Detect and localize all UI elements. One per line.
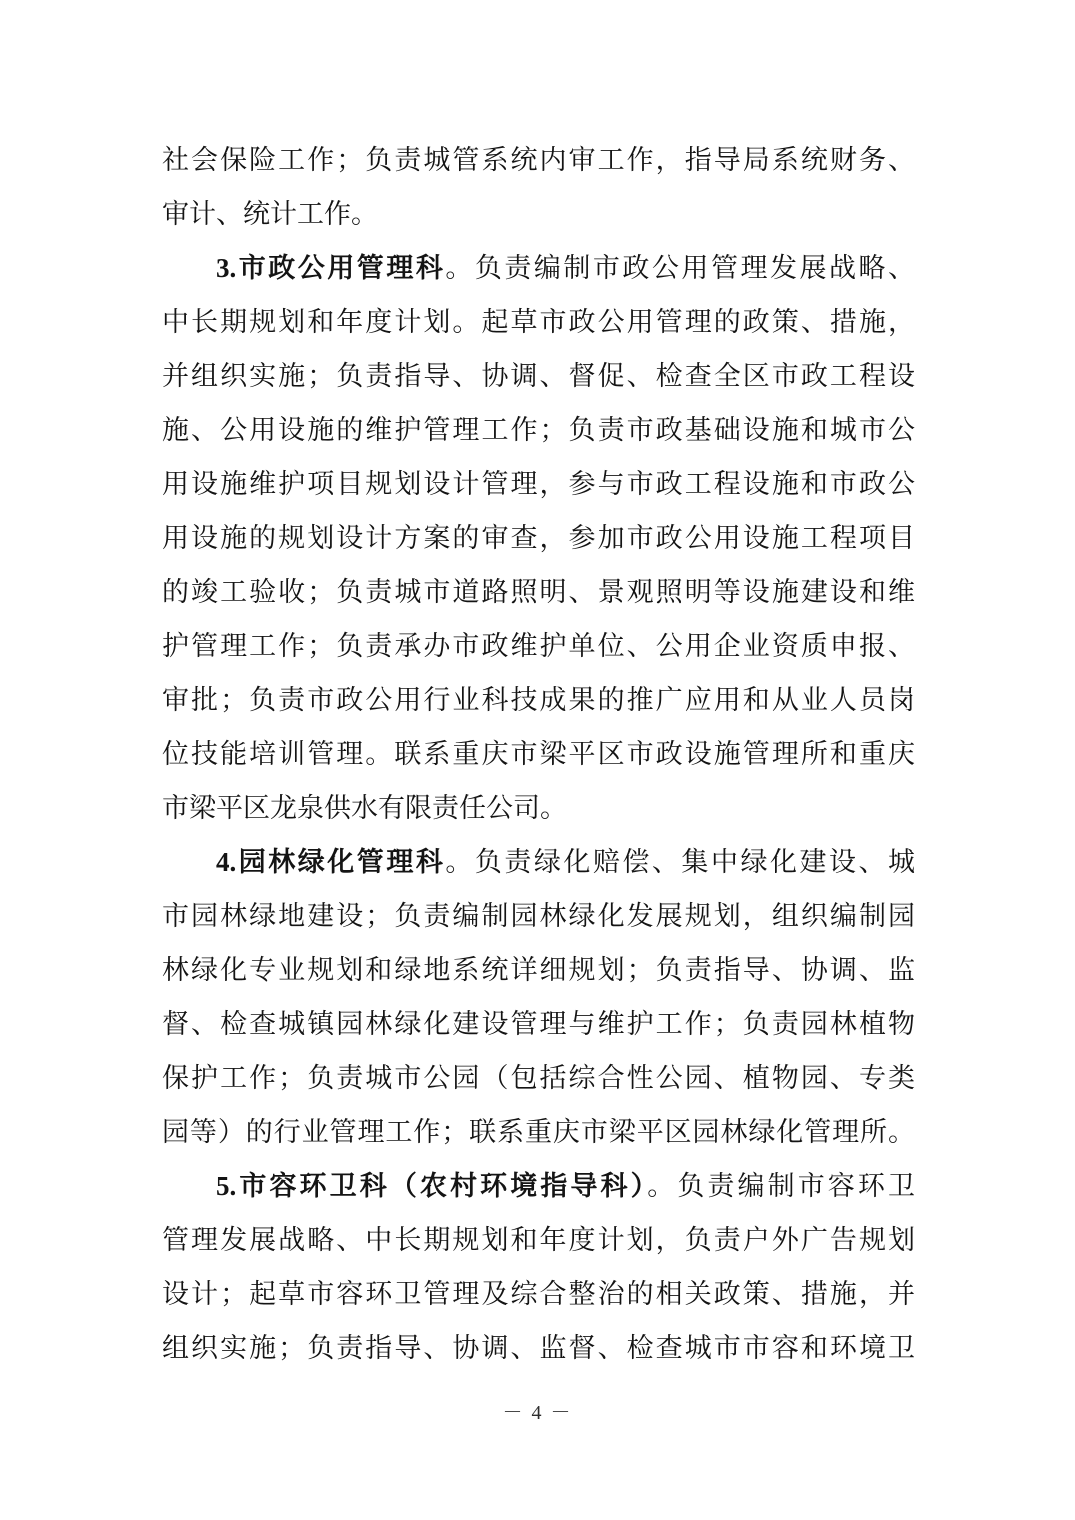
page-number: － 4 － — [503, 1402, 573, 1424]
body-text: 保护工作；负责城市公园（包括综合性公园、植物园、专类 — [162, 1063, 915, 1093]
text-line: 审计、统计工作。 — [162, 187, 915, 241]
text-line: 管理发展战略、中长期规划和年度计划，负责户外广告规划 — [162, 1213, 915, 1267]
body-text: 督、检查城镇园林绿化建设管理与维护工作；负责园林植物 — [162, 1009, 915, 1039]
text-line: 市梁平区龙泉供水有限责任公司。 — [162, 781, 915, 835]
section-heading: 4.园林绿化管理科 — [216, 847, 445, 877]
body-text: 。负责绿化赔偿、集中绿化建设、城 — [445, 847, 915, 877]
body-text: 设计；起草市容环卫管理及综合整治的相关政策、措施，并 — [162, 1279, 915, 1309]
text-line: 保护工作；负责城市公园（包括综合性公园、植物园、专类 — [162, 1051, 915, 1105]
text-line: 林绿化专业规划和绿地系统详细规划；负责指导、协调、监 — [162, 943, 915, 997]
text-line: 设计；起草市容环卫管理及综合整治的相关政策、措施，并 — [162, 1267, 915, 1321]
text-line: 督、检查城镇园林绿化建设管理与维护工作；负责园林植物 — [162, 997, 915, 1051]
body-text: 管理发展战略、中长期规划和年度计划，负责户外广告规划 — [162, 1225, 915, 1255]
text-line: 组织实施；负责指导、协调、监督、检查城市市容和环境卫 — [162, 1321, 915, 1375]
text-line: 施、公用设施的维护管理工作；负责市政基础设施和城市公 — [162, 403, 915, 457]
body-text: 林绿化专业规划和绿地系统详细规划；负责指导、协调、监 — [162, 955, 915, 985]
text-line: 中长期规划和年度计划。起草市政公用管理的政策、措施， — [162, 295, 915, 349]
text-line: 并组织实施；负责指导、协调、督促、检查全区市政工程设 — [162, 349, 915, 403]
section-heading: 3.市政公用管理科 — [216, 253, 445, 283]
body-text: 审计、统计工作。 — [162, 199, 378, 229]
text-line: 3.市政公用管理科。负责编制市政公用管理发展战略、 — [162, 241, 915, 295]
text-line: 社会保险工作；负责城管系统内审工作，指导局系统财务、 — [162, 133, 915, 187]
body-text: 社会保险工作；负责城管系统内审工作，指导局系统财务、 — [162, 145, 915, 175]
body-text: 的竣工验收；负责城市道路照明、景观照明等设施建设和维 — [162, 577, 915, 607]
body-text: 市梁平区龙泉供水有限责任公司。 — [162, 793, 567, 823]
text-line: 4.园林绿化管理科。负责绿化赔偿、集中绿化建设、城 — [162, 835, 915, 889]
page-footer: － 4 － — [0, 1398, 1075, 1428]
body-text: 园等）的行业管理工作；联系重庆市梁平区园林绿化管理所。 — [162, 1117, 915, 1147]
body-text: 。负责编制市政公用管理发展战略、 — [445, 253, 915, 283]
body-text: 审批；负责市政公用行业科技成果的推广应用和从业人员岗 — [162, 685, 915, 715]
body-text: 组织实施；负责指导、协调、监督、检查城市市容和环境卫 — [162, 1333, 915, 1363]
body-text: 用设施的规划设计方案的审查，参加市政公用设施工程项目 — [162, 523, 915, 553]
text-line: 的竣工验收；负责城市道路照明、景观照明等设施建设和维 — [162, 565, 915, 619]
document-body: 社会保险工作；负责城管系统内审工作，指导局系统财务、审计、统计工作。3.市政公用… — [162, 133, 915, 1375]
section-heading: 5.市容环卫科（农村环境指导科） — [216, 1171, 647, 1201]
body-text: 并组织实施；负责指导、协调、督促、检查全区市政工程设 — [162, 361, 915, 391]
body-text: 位技能培训管理。联系重庆市梁平区市政设施管理所和重庆 — [162, 739, 915, 769]
text-line: 护管理工作；负责承办市政维护单位、公用企业资质申报、 — [162, 619, 915, 673]
body-text: 用设施维护项目规划设计管理，参与市政工程设施和市政公 — [162, 469, 915, 499]
body-text: 市园林绿地建设；负责编制园林绿化发展规划，组织编制园 — [162, 901, 915, 931]
text-line: 5.市容环卫科（农村环境指导科）。负责编制市容环卫 — [162, 1159, 915, 1213]
body-text: 施、公用设施的维护管理工作；负责市政基础设施和城市公 — [162, 415, 915, 445]
text-line: 用设施维护项目规划设计管理，参与市政工程设施和市政公 — [162, 457, 915, 511]
text-line: 审批；负责市政公用行业科技成果的推广应用和从业人员岗 — [162, 673, 915, 727]
text-line: 位技能培训管理。联系重庆市梁平区市政设施管理所和重庆 — [162, 727, 915, 781]
document-page: 社会保险工作；负责城管系统内审工作，指导局系统财务、审计、统计工作。3.市政公用… — [0, 0, 1075, 1520]
body-text: 。负责编制市容环卫 — [647, 1171, 915, 1201]
body-text: 中长期规划和年度计划。起草市政公用管理的政策、措施， — [162, 307, 915, 337]
body-text: 护管理工作；负责承办市政维护单位、公用企业资质申报、 — [162, 631, 915, 661]
text-line: 用设施的规划设计方案的审查，参加市政公用设施工程项目 — [162, 511, 915, 565]
text-line: 市园林绿地建设；负责编制园林绿化发展规划，组织编制园 — [162, 889, 915, 943]
text-line: 园等）的行业管理工作；联系重庆市梁平区园林绿化管理所。 — [162, 1105, 915, 1159]
